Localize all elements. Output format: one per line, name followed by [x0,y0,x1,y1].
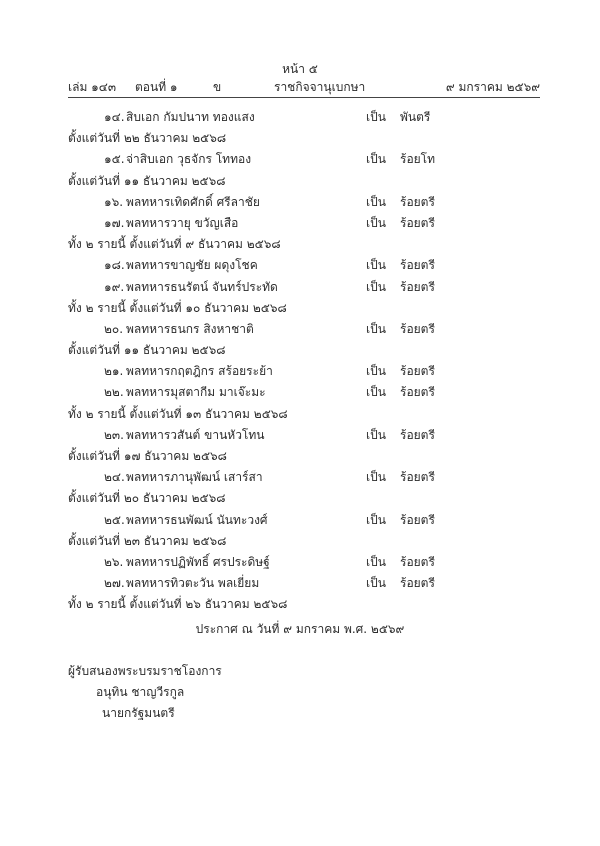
rank-label: ร้อยตรี [400,361,435,382]
entry-number: ๑๘. [104,255,125,276]
issue-label: ตอนที่ ๑ [135,78,178,97]
person-name: พลทหารกฤตฎิกร สร้อยระย้า [126,361,273,382]
appointment-entry: ๑๖.พลทหารเทิดศักดิ์ ศรีลาชัยเป็นร้อยตรี [68,192,540,213]
effective-date-note: ตั้งแต่วันที่ ๑๗ ธันวาคม ๒๕๖๘ [68,446,540,467]
entry-number: ๒๗. [104,573,125,594]
verb-label: เป็น [366,361,386,382]
issue-date: ๙ มกราคม ๒๕๖๙ [446,78,540,97]
appointment-list: ๑๔.สิบเอก กัมปนาท ทองแสงเป็นพันตรีตั้งแต… [68,107,540,616]
entry-number: ๒๖. [104,552,123,573]
effective-date-note: ทั้ง ๒ รายนี้ ตั้งแต่วันที่ ๑๐ ธันวาคม ๒… [68,298,540,319]
section-label: ข [213,78,221,97]
verb-label: เป็น [366,382,386,403]
verb-label: เป็น [366,192,386,213]
person-name: พลทหารวสันต์ ขานหัวโทน [126,425,265,446]
appointment-entry: ๒๒.พลทหารมุสตากีม มาเจ๊ะมะเป็นร้อยตรี [68,382,540,403]
person-name: พลทหารวายุ ขวัญเสือ [126,213,238,234]
appointment-entry: ๒๐.พลทหารธนกร สิงหาชาติเป็นร้อยตรี [68,319,540,340]
entry-number: ๑๕. [104,149,125,170]
rank-label: พันตรี [400,107,430,128]
rank-label: ร้อยตรี [400,319,435,340]
effective-date-note: ตั้งแต่วันที่ ๒๓ ธันวาคม ๒๕๖๘ [68,531,540,552]
verb-label: เป็น [366,319,386,340]
effective-date-note: ทั้ง ๒ รายนี้ ตั้งแต่วันที่ ๑๓ ธันวาคม ๒… [68,404,540,425]
signatory-name: อนุทิน ชาญวีรกูล [68,682,222,703]
effective-date-note: ทั้ง ๒ รายนี้ ตั้งแต่วันที่ ๒๖ ธันวาคม ๒… [68,594,540,615]
publication-name: ราชกิจจานุเบกษา [274,78,365,97]
effective-date-note: ทั้ง ๒ รายนี้ ตั้งแต่วันที่ ๙ ธันวาคม ๒๕… [68,234,540,255]
entry-number: ๒๒. [104,382,124,403]
verb-label: เป็น [366,425,386,446]
effective-date-note: ตั้งแต่วันที่ ๒๐ ธันวาคม ๒๕๖๘ [68,488,540,509]
signature-block: ผู้รับสนองพระบรมราชโองการ อนุทิน ชาญวีรก… [68,661,222,724]
signatory-title: นายกรัฐมนตรี [68,703,222,724]
entry-number: ๑๙. [104,277,124,298]
entry-number: ๒๓. [104,425,124,446]
person-name: จ่าสิบเอก วุธจักร โททอง [126,149,251,170]
person-name: พลทหารปฏิพัทธิ์ ศรประดิษฐ์ [126,552,270,573]
effective-date-note: ตั้งแต่วันที่ ๑๑ ธันวาคม ๒๕๖๘ [68,340,540,361]
entry-number: ๒๕. [104,510,125,531]
appointment-entry: ๒๖.พลทหารปฏิพัทธิ์ ศรประดิษฐ์เป็นร้อยตรี [68,552,540,573]
person-name: พลทหารธนกร สิงหาชาติ [126,319,254,340]
person-name: พลทหารธนรัตน์ จันทร์ประทัด [126,277,278,298]
verb-label: เป็น [366,213,386,234]
rank-label: ร้อยตรี [400,425,435,446]
rank-label: ร้อยตรี [400,255,435,276]
verb-label: เป็น [366,107,386,128]
volume-label: เล่ม ๑๔๓ [68,78,116,97]
verb-label: เป็น [366,573,386,594]
appointment-entry: ๑๙.พลทหารธนรัตน์ จันทร์ประทัดเป็นร้อยตรี [68,277,540,298]
countersign-label: ผู้รับสนองพระบรมราชโองการ [68,661,222,682]
appointment-entry: ๒๑.พลทหารกฤตฎิกร สร้อยระย้าเป็นร้อยตรี [68,361,540,382]
effective-date-note: ตั้งแต่วันที่ ๑๑ ธันวาคม ๒๕๖๘ [68,171,540,192]
person-name: พลทหารเทิดศักดิ์ ศรีลาชัย [126,192,260,213]
appointment-entry: ๒๗.พลทหารทิวตะวัน พลเยี่ยมเป็นร้อยตรี [68,573,540,594]
appointment-entry: ๑๘.พลทหารขาญชัย ผดุงโชคเป็นร้อยตรี [68,255,540,276]
effective-date-note: ตั้งแต่วันที่ ๒๒ ธันวาคม ๒๕๖๘ [68,128,540,149]
rank-label: ร้อยตรี [400,277,435,298]
person-name: พลทหารขาญชัย ผดุงโชค [126,255,258,276]
rank-label: ร้อยตรี [400,510,435,531]
entry-number: ๒๐. [104,319,123,340]
person-name: สิบเอก กัมปนาท ทองแสง [126,107,255,128]
appointment-entry: ๒๕.พลทหารธนพัฒน์ นันทะวงศ์เป็นร้อยตรี [68,510,540,531]
verb-label: เป็น [366,510,386,531]
verb-label: เป็น [366,552,386,573]
rank-label: ร้อยตรี [400,192,435,213]
appointment-entry: ๒๔.พลทหารภานุพัฒน์ เสาร์สาเป็นร้อยตรี [68,467,540,488]
entry-number: ๒๔. [104,467,125,488]
proclamation-line: ประกาศ ณ วันที่ ๙ มกราคม พ.ศ. ๒๕๖๙ [0,620,600,639]
rank-label: ร้อยตรี [400,573,435,594]
document-header: เล่ม ๑๔๓ ตอนที่ ๑ ข ราชกิจจานุเบกษา ๙ มก… [68,78,540,94]
entry-number: ๒๑. [104,361,123,382]
rank-label: ร้อยตรี [400,467,435,488]
person-name: พลทหารภานุพัฒน์ เสาร์สา [126,467,263,488]
verb-label: เป็น [366,277,386,298]
header-rule [68,97,540,98]
person-name: พลทหารธนพัฒน์ นันทะวงศ์ [126,510,268,531]
entry-number: ๑๗. [104,213,124,234]
appointment-entry: ๑๕.จ่าสิบเอก วุธจักร โททองเป็นร้อยโท [68,149,540,170]
verb-label: เป็น [366,149,386,170]
rank-label: ร้อยโท [400,149,435,170]
rank-label: ร้อยตรี [400,213,435,234]
appointment-entry: ๑๔.สิบเอก กัมปนาท ทองแสงเป็นพันตรี [68,107,540,128]
verb-label: เป็น [366,255,386,276]
appointment-entry: ๑๗.พลทหารวายุ ขวัญเสือเป็นร้อยตรี [68,213,540,234]
page-number: หน้า ๕ [0,60,600,79]
person-name: พลทหารมุสตากีม มาเจ๊ะมะ [126,382,266,403]
appointment-entry: ๒๓.พลทหารวสันต์ ขานหัวโทนเป็นร้อยตรี [68,425,540,446]
entry-number: ๑๔. [104,107,125,128]
verb-label: เป็น [366,467,386,488]
person-name: พลทหารทิวตะวัน พลเยี่ยม [126,573,259,594]
rank-label: ร้อยตรี [400,382,435,403]
rank-label: ร้อยตรี [400,552,435,573]
entry-number: ๑๖. [104,192,123,213]
